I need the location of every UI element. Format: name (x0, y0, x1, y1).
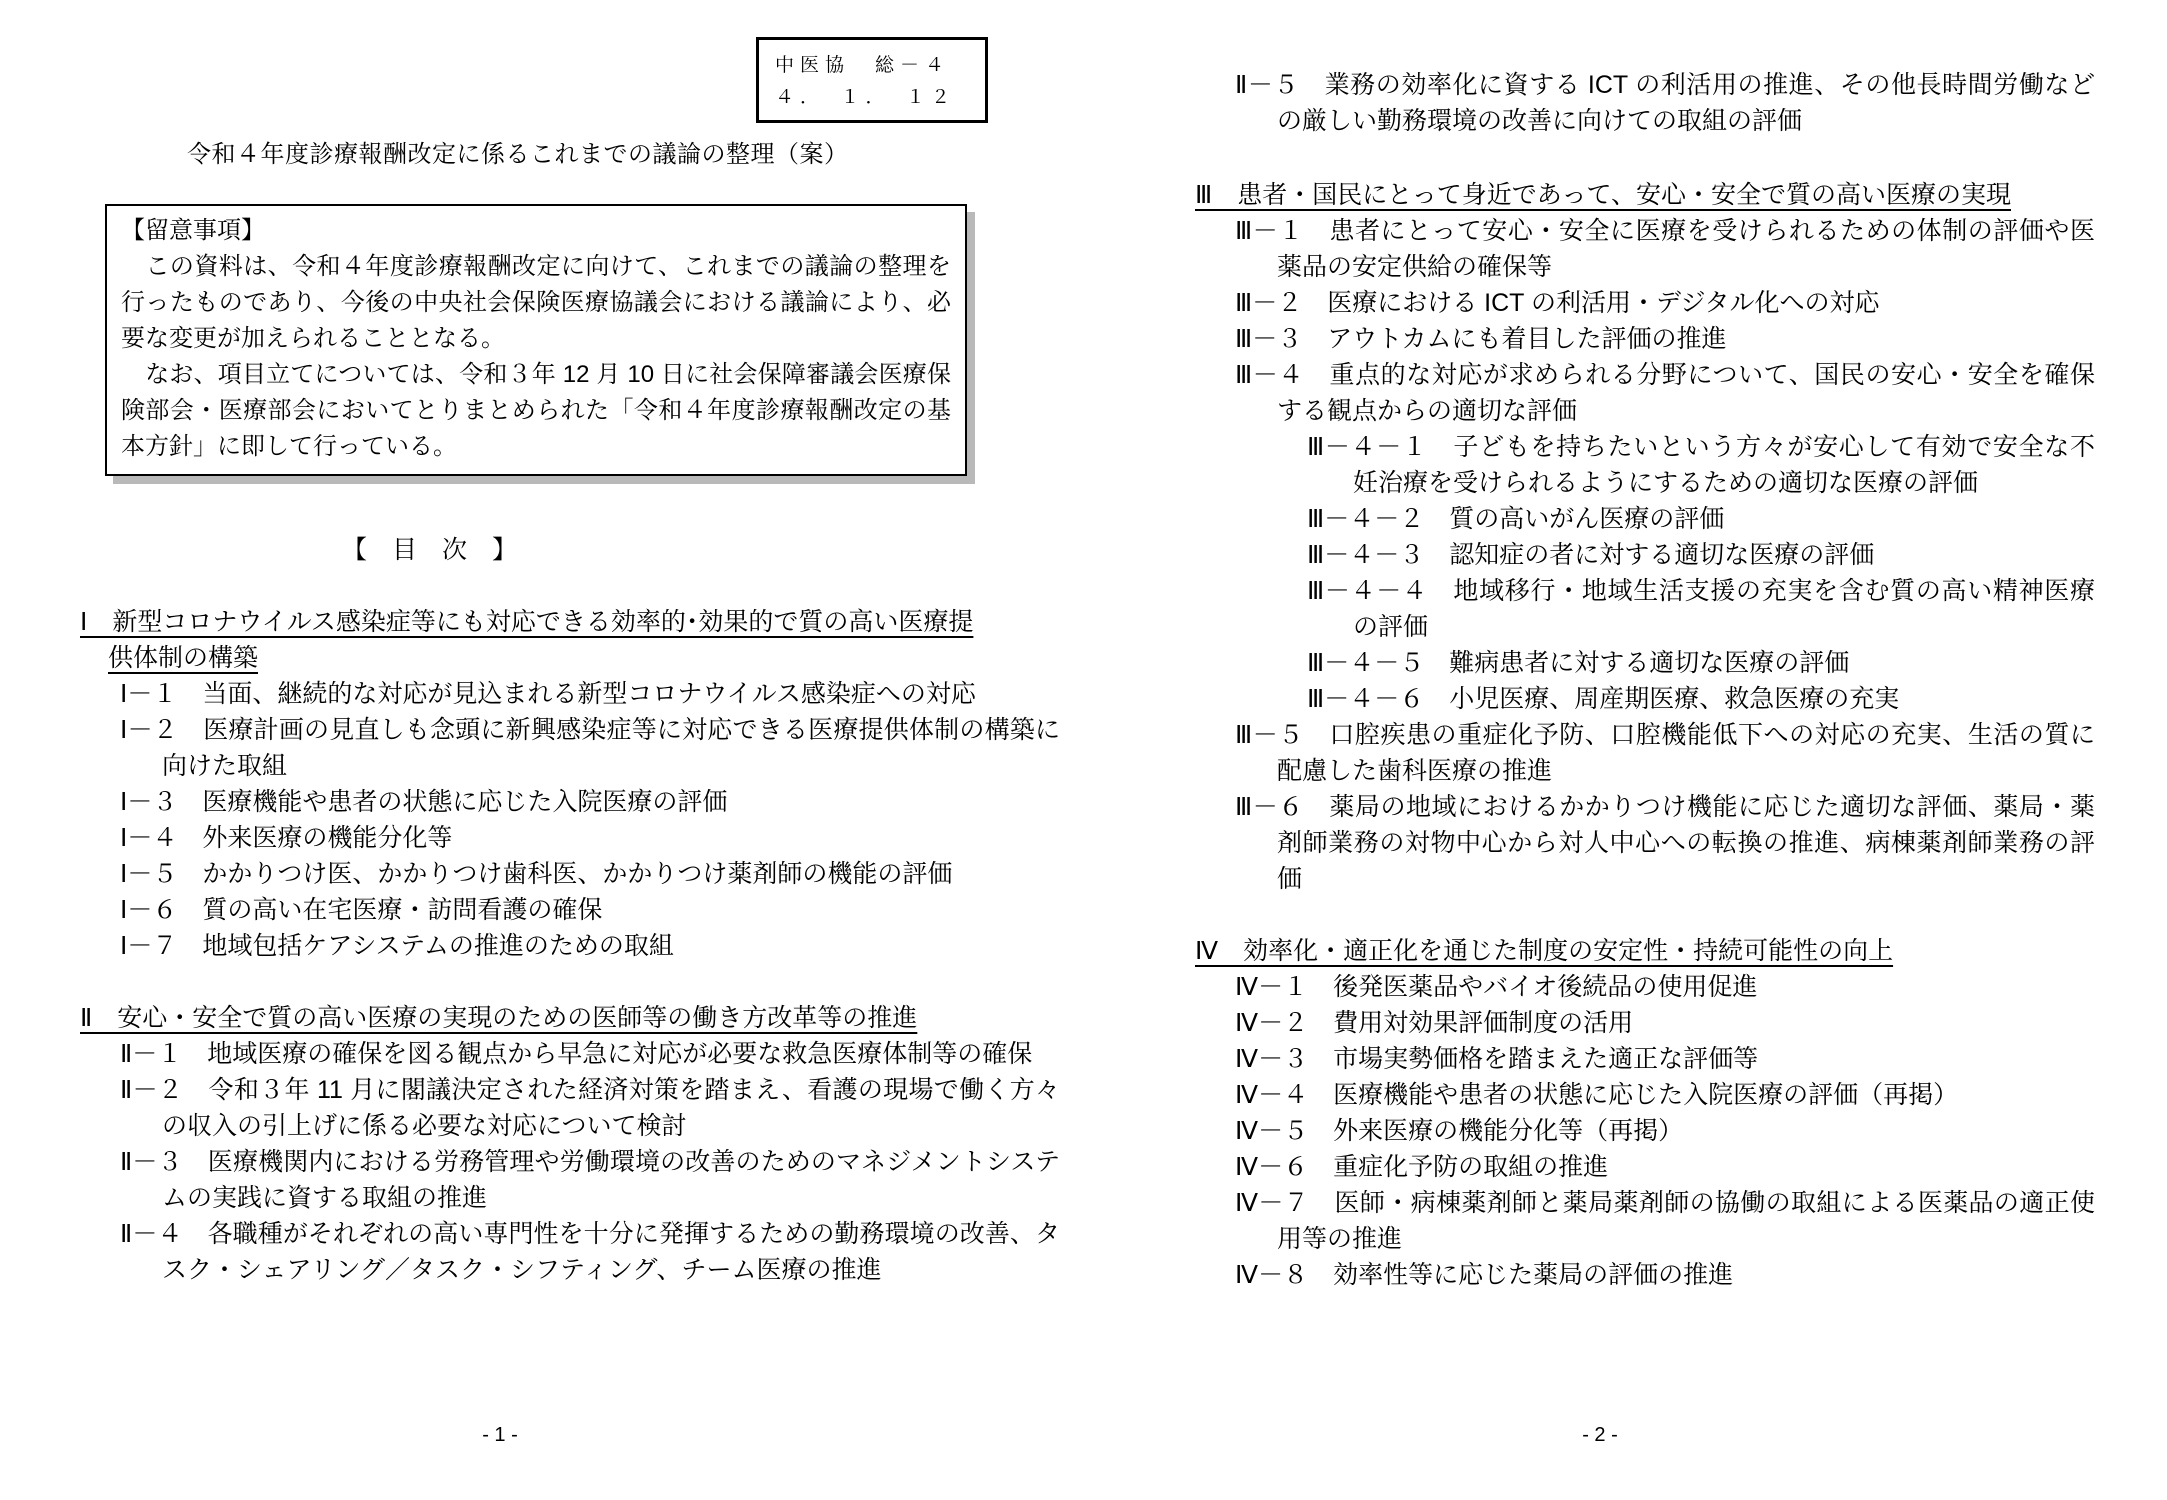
toc-item-i-3: Ⅰ－３ 医療機能や患者の状態に応じた入院医療の評価 (120, 784, 1060, 820)
section-1-heading: Ⅰ 新型コロナウイルス感染症等にも対応できる効率的･効果的で質の高い医療提供体制… (80, 604, 998, 676)
toc-item-iii-1: Ⅲ－１ 患者にとって安心・安全に医療を受けられるための体制の評価や医薬品の安定供… (1235, 213, 2095, 285)
page-number-1: - 1 - (455, 1420, 545, 1450)
toc-item-ii-2: Ⅱ－２ 令和３年 11 月に閣議決定された経済対策を踏まえ、看護の現場で働く方々… (120, 1072, 1060, 1144)
toc-item-ii-4: Ⅱ－４ 各職種がそれぞれの高い専門性を十分に発揮するための勤務環境の改善、タスク… (120, 1216, 1060, 1288)
toc-subitem-iii-4-2: Ⅲ－４－２ 質の高いがん医療の評価 (1307, 501, 2095, 537)
toc-item-i-6: Ⅰ－６ 質の高い在宅医療・訪問看護の確保 (120, 892, 1060, 928)
section-3-heading: Ⅲ 患者・国民にとって身近であって、安心・安全で質の高い医療の実現 (1195, 177, 2095, 213)
section-1: Ⅰ 新型コロナウイルス感染症等にも対応できる効率的･効果的で質の高い医療提供体制… (80, 604, 1060, 964)
notice-paragraph-2: なお、項目立てについては、令和３年 12 月 10 日に社会保障審議会医療保険部… (121, 357, 951, 465)
toc-item-iv-3: Ⅳ－３ 市場実勢価格を踏まえた適正な評価等 (1235, 1041, 2095, 1077)
toc-item-iv-2: Ⅳ－２ 費用対効果評価制度の活用 (1235, 1005, 2095, 1041)
toc-subitem-iii-4-3: Ⅲ－４－３ 認知症の者に対する適切な医療の評価 (1307, 537, 2095, 573)
doc-ref-box: 中医協 総－４ ４． １． １２ (756, 37, 988, 123)
toc-item-i-4: Ⅰ－４ 外来医療の機能分化等 (120, 820, 1060, 856)
toc-item-i-1: Ⅰ－１ 当面、継続的な対応が見込まれる新型コロナウイルス感染症への対応 (120, 676, 1060, 712)
toc-item-iv-1: Ⅳ－１ 後発医薬品やバイオ後続品の使用促進 (1235, 969, 2095, 1005)
section-3: Ⅲ 患者・国民にとって身近であって、安心・安全で質の高い医療の実現 Ⅲ－１ 患者… (1195, 177, 2095, 897)
toc-subitem-iii-4-1: Ⅲ－４－１ 子どもを持ちたいという方々が安心して有効で安全な不妊治療を受けられる… (1307, 429, 2095, 501)
section-4: Ⅳ 効率化・適正化を通じた制度の安定性・持続可能性の向上 Ⅳ－１ 後発医薬品やバ… (1195, 933, 2095, 1293)
section-2-continued: Ⅱ－５ 業務の効率化に資する ICT の利活用の推進、その他長時間労働などの厳し… (1195, 67, 2095, 139)
toc-item-iii-3: Ⅲ－３ アウトカムにも着目した評価の推進 (1235, 321, 2095, 357)
toc-item-iv-5: Ⅳ－５ 外来医療の機能分化等（再掲） (1235, 1113, 2095, 1149)
notice-heading: 【留意事項】 (121, 213, 951, 249)
toc-item-iv-7: Ⅳ－７ 医師・病棟薬剤師と薬局薬剤師の協働の取組による医薬品の適正使用等の推進 (1235, 1185, 2095, 1257)
section-4-heading: Ⅳ 効率化・適正化を通じた制度の安定性・持続可能性の向上 (1195, 933, 2095, 969)
toc-item-ii-3: Ⅱ－３ 医療機関内における労務管理や労働環境の改善のためのマネジメントシステムの… (120, 1144, 1060, 1216)
toc-item-i-7: Ⅰ－７ 地域包括ケアシステムの推進のための取組 (120, 928, 1060, 964)
page-1: 中医協 総－４ ４． １． １２ 令和４年度診療報酬改定に係るこれまでの議論の整… (80, 0, 1060, 1288)
page-number-2: - 2 - (1555, 1420, 1645, 1450)
section-2: Ⅱ 安心・安全で質の高い医療の実現のための医師等の働き方改革等の推進 Ⅱ－１ 地… (80, 1000, 1060, 1288)
toc-subitem-iii-4-5: Ⅲ－４－５ 難病患者に対する適切な医療の評価 (1307, 645, 2095, 681)
toc-subitem-iii-4-6: Ⅲ－４－６ 小児医療、周産期医療、救急医療の充実 (1307, 681, 2095, 717)
toc-item-iv-4: Ⅳ－４ 医療機能や患者の状態に応じた入院医療の評価（再掲） (1235, 1077, 2095, 1113)
section-2-heading: Ⅱ 安心・安全で質の高い医療の実現のための医師等の働き方改革等の推進 (80, 1000, 998, 1036)
notice-paragraph-1: この資料は、令和４年度診療報酬改定に向けて、これまでの議論の整理を行ったものであ… (121, 249, 951, 357)
document-spread: 中医協 総－４ ４． １． １２ 令和４年度診療報酬改定に係るこれまでの議論の整… (0, 0, 2167, 1500)
toc-item-ii-1: Ⅱ－１ 地域医療の確保を図る観点から早急に対応が必要な救急医療体制等の確保 (120, 1036, 1060, 1072)
toc-item-iii-4: Ⅲ－４ 重点的な対応が求められる分野について、国民の安心・安全を確保する観点から… (1235, 357, 2095, 429)
toc-item-iv-6: Ⅳ－６ 重症化予防の取組の推進 (1235, 1149, 2095, 1185)
toc-item-iii-6: Ⅲ－６ 薬局の地域におけるかかりつけ機能に応じた適切な評価、薬局・薬剤師業務の対… (1235, 789, 2095, 897)
toc-item-i-5: Ⅰ－５ かかりつけ医、かかりつけ歯科医、かかりつけ薬剤師の機能の評価 (120, 856, 1060, 892)
toc-heading: 【 目 次 】 (342, 532, 1060, 568)
doc-ref-number: 中医協 総－４ (775, 50, 985, 82)
toc-item-ii-5: Ⅱ－５ 業務の効率化に資する ICT の利活用の推進、その他長時間労働などの厳し… (1235, 67, 2095, 139)
toc-subitem-iii-4-4: Ⅲ－４－４ 地域移行・地域生活支援の充実を含む質の高い精神医療の評価 (1307, 573, 2095, 645)
doc-ref-date: ４． １． １２ (775, 82, 985, 114)
toc-item-iii-2: Ⅲ－２ 医療における ICT の利活用・デジタル化への対応 (1235, 285, 2095, 321)
doc-title: 令和４年度診療報酬改定に係るこれまでの議論の整理（案） (187, 138, 1060, 172)
notice-box: 【留意事項】 この資料は、令和４年度診療報酬改定に向けて、これまでの議論の整理を… (105, 204, 967, 476)
toc-item-i-2: Ⅰ－２ 医療計画の見直しも念頭に新興感染症等に対応できる医療提供体制の構築に向け… (120, 712, 1060, 784)
page-2: Ⅱ－５ 業務の効率化に資する ICT の利活用の推進、その他長時間労働などの厳し… (1195, 0, 2095, 1293)
toc-item-iv-8: Ⅳ－８ 効率性等に応じた薬局の評価の推進 (1235, 1257, 2095, 1293)
toc-item-iii-5: Ⅲ－５ 口腔疾患の重症化予防、口腔機能低下への対応の充実、生活の質に配慮した歯科… (1235, 717, 2095, 789)
